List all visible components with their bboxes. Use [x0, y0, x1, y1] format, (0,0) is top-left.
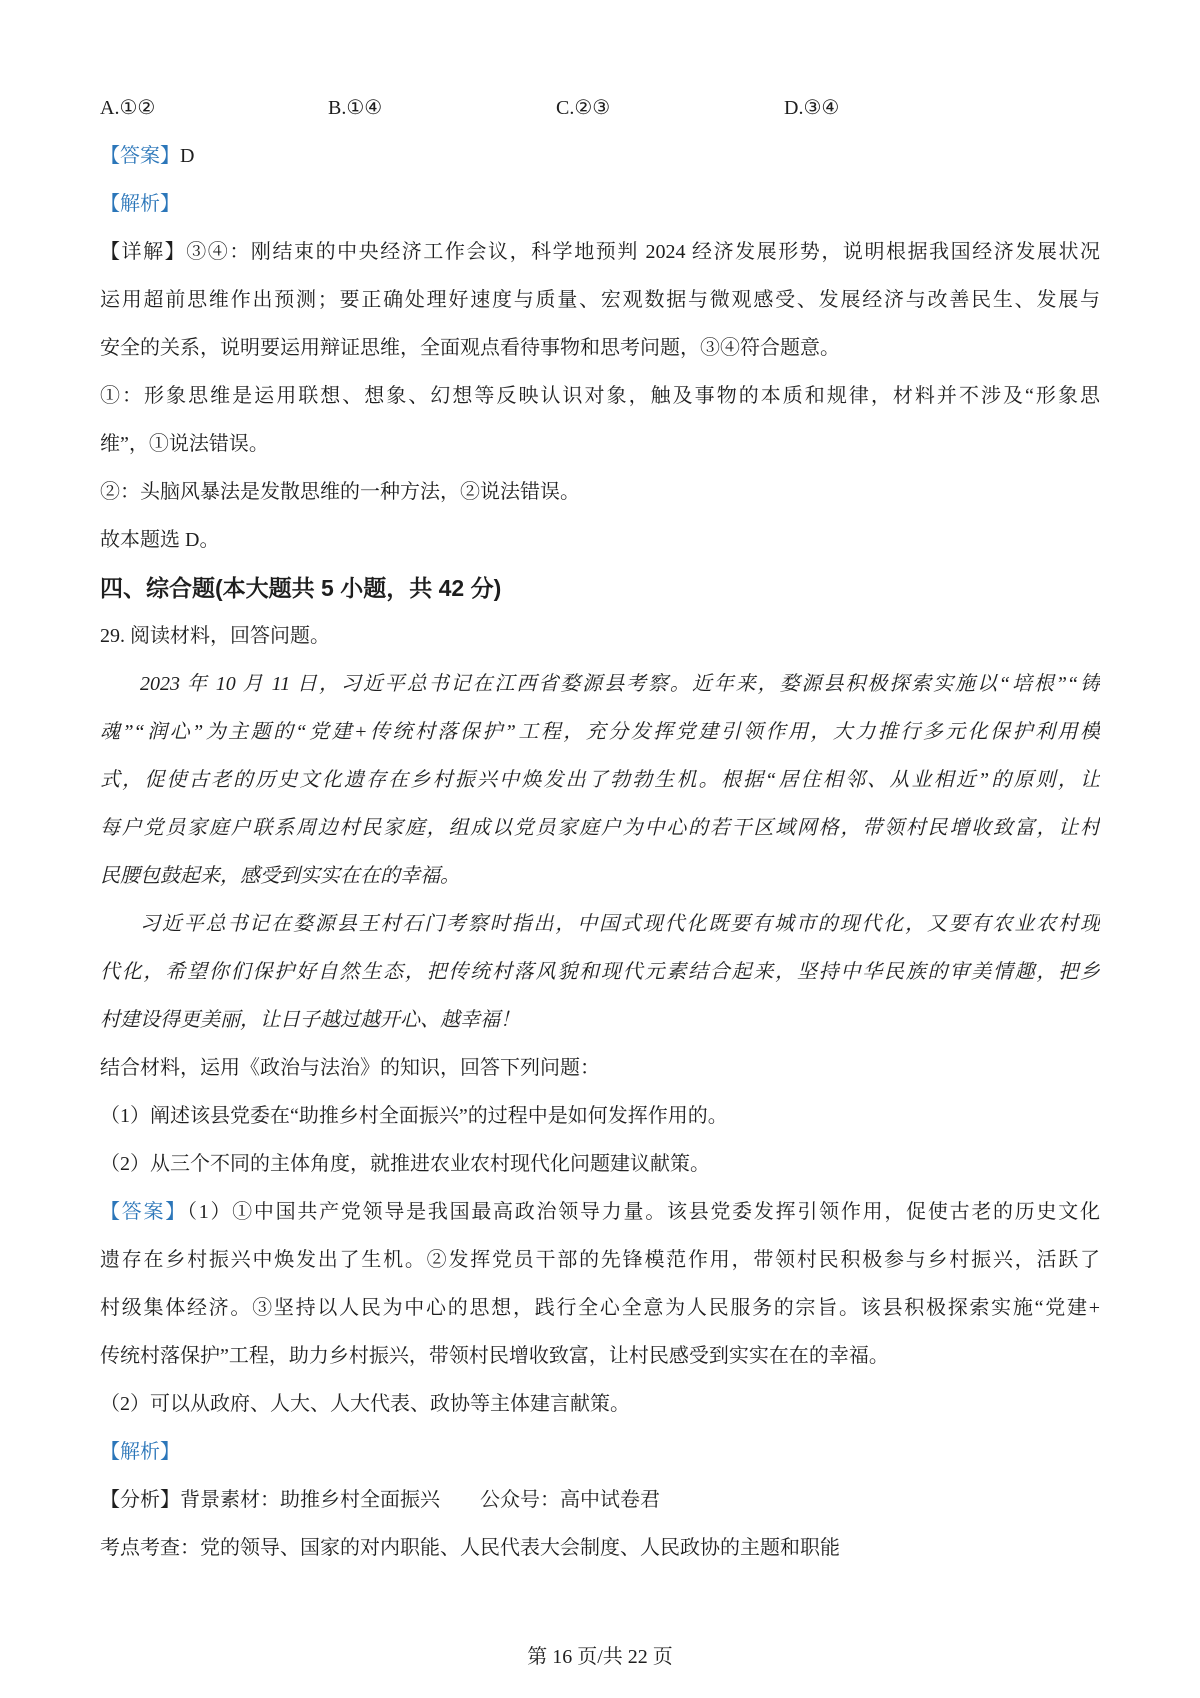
sub-question-2: （2）从三个不同的主体角度，就推进农业农村现代化问题建议献策。	[100, 1140, 1100, 1188]
analysis-label: 【解析】	[100, 193, 180, 215]
material-line: 每户党员家庭户联系周边村民家庭，组成以党员家庭户为中心的若干区域网格，带领村民增…	[100, 804, 1100, 852]
question-lead: 结合材料，运用《政治与法治》的知识，回答下列问题：	[100, 1044, 1100, 1092]
page-number-footer: 第 16 页/共 22 页	[0, 1633, 1200, 1681]
mcq-options-row: A.①② B.①④ C.②③ D.③④	[100, 84, 1100, 132]
q29-answer-line: 遗存在乡村振兴中焕发出了生机。②发挥党员干部的先锋模范作用，带领村民积极参与乡村…	[100, 1236, 1100, 1284]
q29-answer-line: 村级集体经济。③坚持以人民为中心的思想，践行全心全意为人民服务的宗旨。该县积极探…	[100, 1284, 1100, 1332]
detail-line: ②：头脑风暴法是发散思维的一种方法，②说法错误。	[100, 468, 1100, 516]
detail-conclusion-line: 故本题选 D。	[100, 516, 1100, 564]
answer-label: 【答案】	[100, 145, 180, 167]
detail-line: ①：形象思维是运用联想、想象、幻想等反映认识对象，触及事物的本质和规律，材料并不…	[100, 372, 1100, 420]
detail-text: ③④：刚结束的中央经济工作会议，科学地预判 2024 经济发展形势，说明根据我国…	[186, 241, 1100, 263]
analysis-detail-label: 【分析】	[100, 1489, 180, 1511]
analysis-detail-text: 背景素材：助推乡村全面振兴 公众号：高中试卷君	[180, 1489, 660, 1511]
material-line: 2023 年 10 月 11 日，习近平总书记在江西省婺源县考察。近年来，婺源县…	[100, 660, 1100, 708]
exam-points-line: 考点考查：党的领导、国家的对内职能、人民代表大会制度、人民政协的主题和职能	[100, 1524, 1100, 1572]
analysis-label: 【解析】	[100, 1441, 180, 1463]
q29-answer-line: 【答案】（1）①中国共产党领导是我国最高政治领导力量。该县党委发挥引领作用，促使…	[100, 1188, 1100, 1236]
material-line: 习近平总书记在婺源县王村石门考察时指出，中国式现代化既要有城市的现代化，又要有农…	[100, 900, 1100, 948]
q29-answer-text: （1）①中国共产党领导是我国最高政治领导力量。该县党委发挥引领作用，促使古老的历…	[187, 1201, 1100, 1223]
mcq-analysis-label-line: 【解析】	[100, 180, 1100, 228]
exam-answer-page: { "doc": { "accent_blue": "#2b76b9", "fo…	[0, 0, 1200, 1698]
sub-question-1: （1）阐述该县党委在“助推乡村全面振兴”的过程中是如何发挥作用的。	[100, 1092, 1100, 1140]
material-line: 魂”“润心”为主题的“党建+传统村落保护”工程，充分发挥党建引领作用，大力推行多…	[100, 708, 1100, 756]
section-heading: 四、综合题(本大题共 5 小题，共 42 分)	[100, 564, 1100, 612]
q29-answer-line: 传统村落保护”工程，助力乡村振兴，带领村民增收致富，让村民感受到实实在在的幸福。	[100, 1332, 1100, 1380]
material-line: 代化，希望你们保护好自然生态，把传统村落风貌和现代元素结合起来，坚持中华民族的审…	[100, 948, 1100, 996]
material-line: 民腰包鼓起来，感受到实实在在的幸福。	[100, 852, 1100, 900]
option-d: D.③④	[784, 84, 1012, 132]
answer-value: D	[180, 145, 194, 167]
detail-line: 运用超前思维作出预测；要正确处理好速度与质量、宏观数据与微观感受、发展经济与改善…	[100, 276, 1100, 324]
mcq-answer-line: 【答案】D	[100, 132, 1100, 180]
detail-line: 【详解】③④：刚结束的中央经济工作会议，科学地预判 2024 经济发展形势，说明…	[100, 228, 1100, 276]
option-b: B.①④	[328, 84, 556, 132]
q29-analysis-detail-line: 【分析】背景素材：助推乡村全面振兴 公众号：高中试卷君	[100, 1476, 1100, 1524]
material-line: 村建设得更美丽，让日子越过越开心、越幸福！	[100, 996, 1100, 1044]
detail-line: 维”，①说法错误。	[100, 420, 1100, 468]
document-body: A.①② B.①④ C.②③ D.③④ 【答案】D 【解析】 【详解】③④：刚结…	[100, 84, 1100, 1572]
option-a: A.①②	[100, 84, 328, 132]
detail-line: 安全的关系，说明要运用辩证思维，全面观点看待事物和思考问题，③④符合题意。	[100, 324, 1100, 372]
material-line: 式，促使古老的历史文化遗存在乡村振兴中焕发出了勃勃生机。根据“居住相邻、从业相近…	[100, 756, 1100, 804]
detail-label: 【详解】	[100, 241, 186, 263]
q29-analysis-label-line: 【解析】	[100, 1428, 1100, 1476]
question-29-stem: 29. 阅读材料，回答问题。	[100, 612, 1100, 660]
answer-label: 【答案】	[100, 1201, 187, 1223]
q29-answer-line: （2）可以从政府、人大、人大代表、政协等主体建言献策。	[100, 1380, 1100, 1428]
option-c: C.②③	[556, 84, 784, 132]
